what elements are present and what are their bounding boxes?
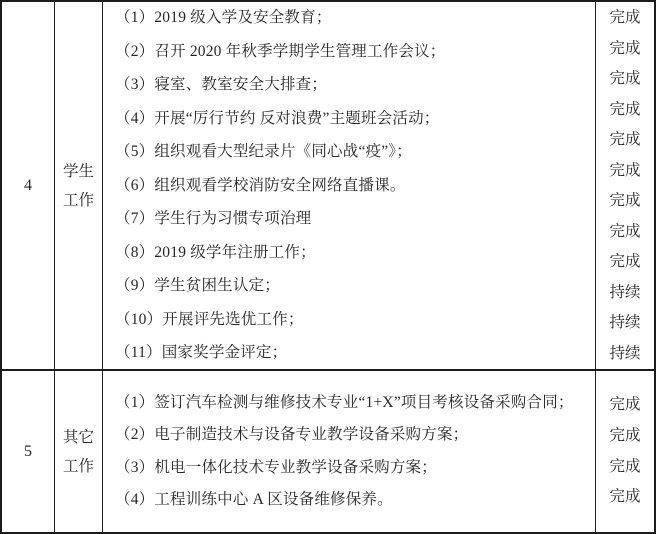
status-value: 持续 [596,278,654,309]
task-item: （10）开展评先选优工作； [115,303,581,337]
status-value: 完成 [596,34,654,65]
task-item: （4）开展“厉行节约 反对浪费”主题班会活动； [115,102,581,136]
task-item: （1）2019 级入学及安全教育； [115,1,581,35]
status-list: 完成 完成 完成 完成 完成 完成 完成 完成 完成 持续 持续 持续 [596,2,654,369]
status-value: 完成 [596,3,654,34]
work-report-table: 4 学生工作 （1）2019 级入学及安全教育； （2）召开 2020 年秋季学… [0,0,656,534]
status-value: 完成 [596,186,654,217]
task-item: （3）寝室、教室安全大排查； [115,68,581,102]
task-list: （1）签订汽车检测与维修技术专业“1+X”项目考核设备采购合同； （2）电子制造… [103,371,596,532]
status-value: 完成 [596,452,654,483]
task-item: （11）国家奖学金评定； [115,336,581,370]
category-label: 学生工作 [55,2,103,369]
status-value: 完成 [596,390,654,421]
status-value: 完成 [596,421,654,452]
task-item: （5）组织观看大型纪录片《同心战“疫”》； [115,135,581,169]
task-list: （1）2019 级入学及安全教育； （2）召开 2020 年秋季学期学生管理工作… [103,2,596,369]
table-row-student-work: 4 学生工作 （1）2019 级入学及安全教育； （2）召开 2020 年秋季学… [2,2,654,371]
task-item: （9）学生贫困生认定； [115,269,581,303]
task-item: （1）签订汽车检测与维修技术专业“1+X”项目考核设备采购合同； [115,387,581,419]
task-item: （2）电子制造技术与设备专业教学设备采购方案； [115,419,581,451]
task-item: （8）2019 级学年注册工作； [115,236,581,270]
task-item: （7）学生行为习惯专项治理 [115,202,581,236]
status-value: 持续 [596,308,654,339]
task-item: （6）组织观看学校消防安全网络直播课。 [115,169,581,203]
row-number: 4 [2,2,55,369]
status-value: 完成 [596,156,654,187]
category-label: 其它工作 [55,371,103,532]
status-value: 完成 [596,217,654,248]
status-value: 完成 [596,95,654,126]
status-list: 完成 完成 完成 完成 [596,371,654,532]
status-value: 完成 [596,482,654,513]
task-item: （3）机电一体化技术专业教学设备采购方案； [115,452,581,484]
status-value: 完成 [596,125,654,156]
row-number: 5 [2,371,55,532]
status-value: 完成 [596,247,654,278]
table-row-other-work: 5 其它工作 （1）签订汽车检测与维修技术专业“1+X”项目考核设备采购合同； … [2,371,654,532]
task-item: （4）工程训练中心 A 区设备维修保养。 [115,484,581,516]
task-item: （2）召开 2020 年秋季学期学生管理工作会议； [115,35,581,69]
status-value: 持续 [596,339,654,370]
status-value: 完成 [596,64,654,95]
